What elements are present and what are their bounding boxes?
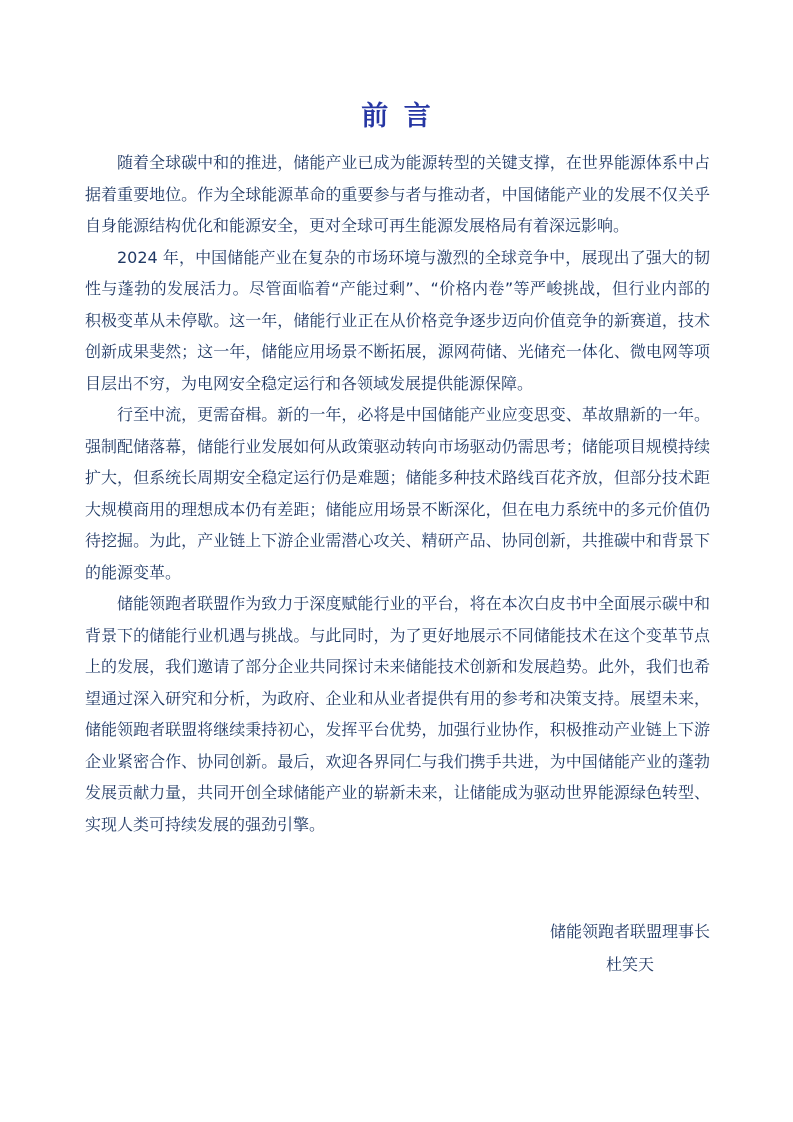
signature-inner: 储能领跑者联盟理事长 杜笑天 [550,915,710,981]
page-content: 前 言 随着全球碳中和的推进，储能产业已成为能源转型的关键支撑，在世界能源体系中… [0,100,793,981]
page-title: 前 言 [85,100,710,133]
preface-body: 随着全球碳中和的推进，储能产业已成为能源转型的关键支撑，在世界能源体系中占据着重… [85,147,710,840]
signature-block: 储能领跑者联盟理事长 杜笑天 [85,915,710,981]
paragraph-3: 行至中流，更需奋楫。新的一年，必将是中国储能产业应变思变、革故鼎新的一年。强制配… [85,399,710,588]
document-page: 前 言 随着全球碳中和的推进，储能产业已成为能源转型的关键支撑，在世界能源体系中… [0,0,793,1122]
paragraph-1: 随着全球碳中和的推进，储能产业已成为能源转型的关键支撑，在世界能源体系中占据着重… [85,147,710,242]
paragraph-4: 储能领跑者联盟作为致力于深度赋能行业的平台，将在本次白皮书中全面展示碳中和背景下… [85,588,710,840]
signature-role: 储能领跑者联盟理事长 [550,915,710,948]
paragraph-2: 2024 年，中国储能产业在复杂的市场环境与激烈的全球竞争中，展现出了强大的韧性… [85,242,710,400]
signature-name: 杜笑天 [550,948,710,981]
